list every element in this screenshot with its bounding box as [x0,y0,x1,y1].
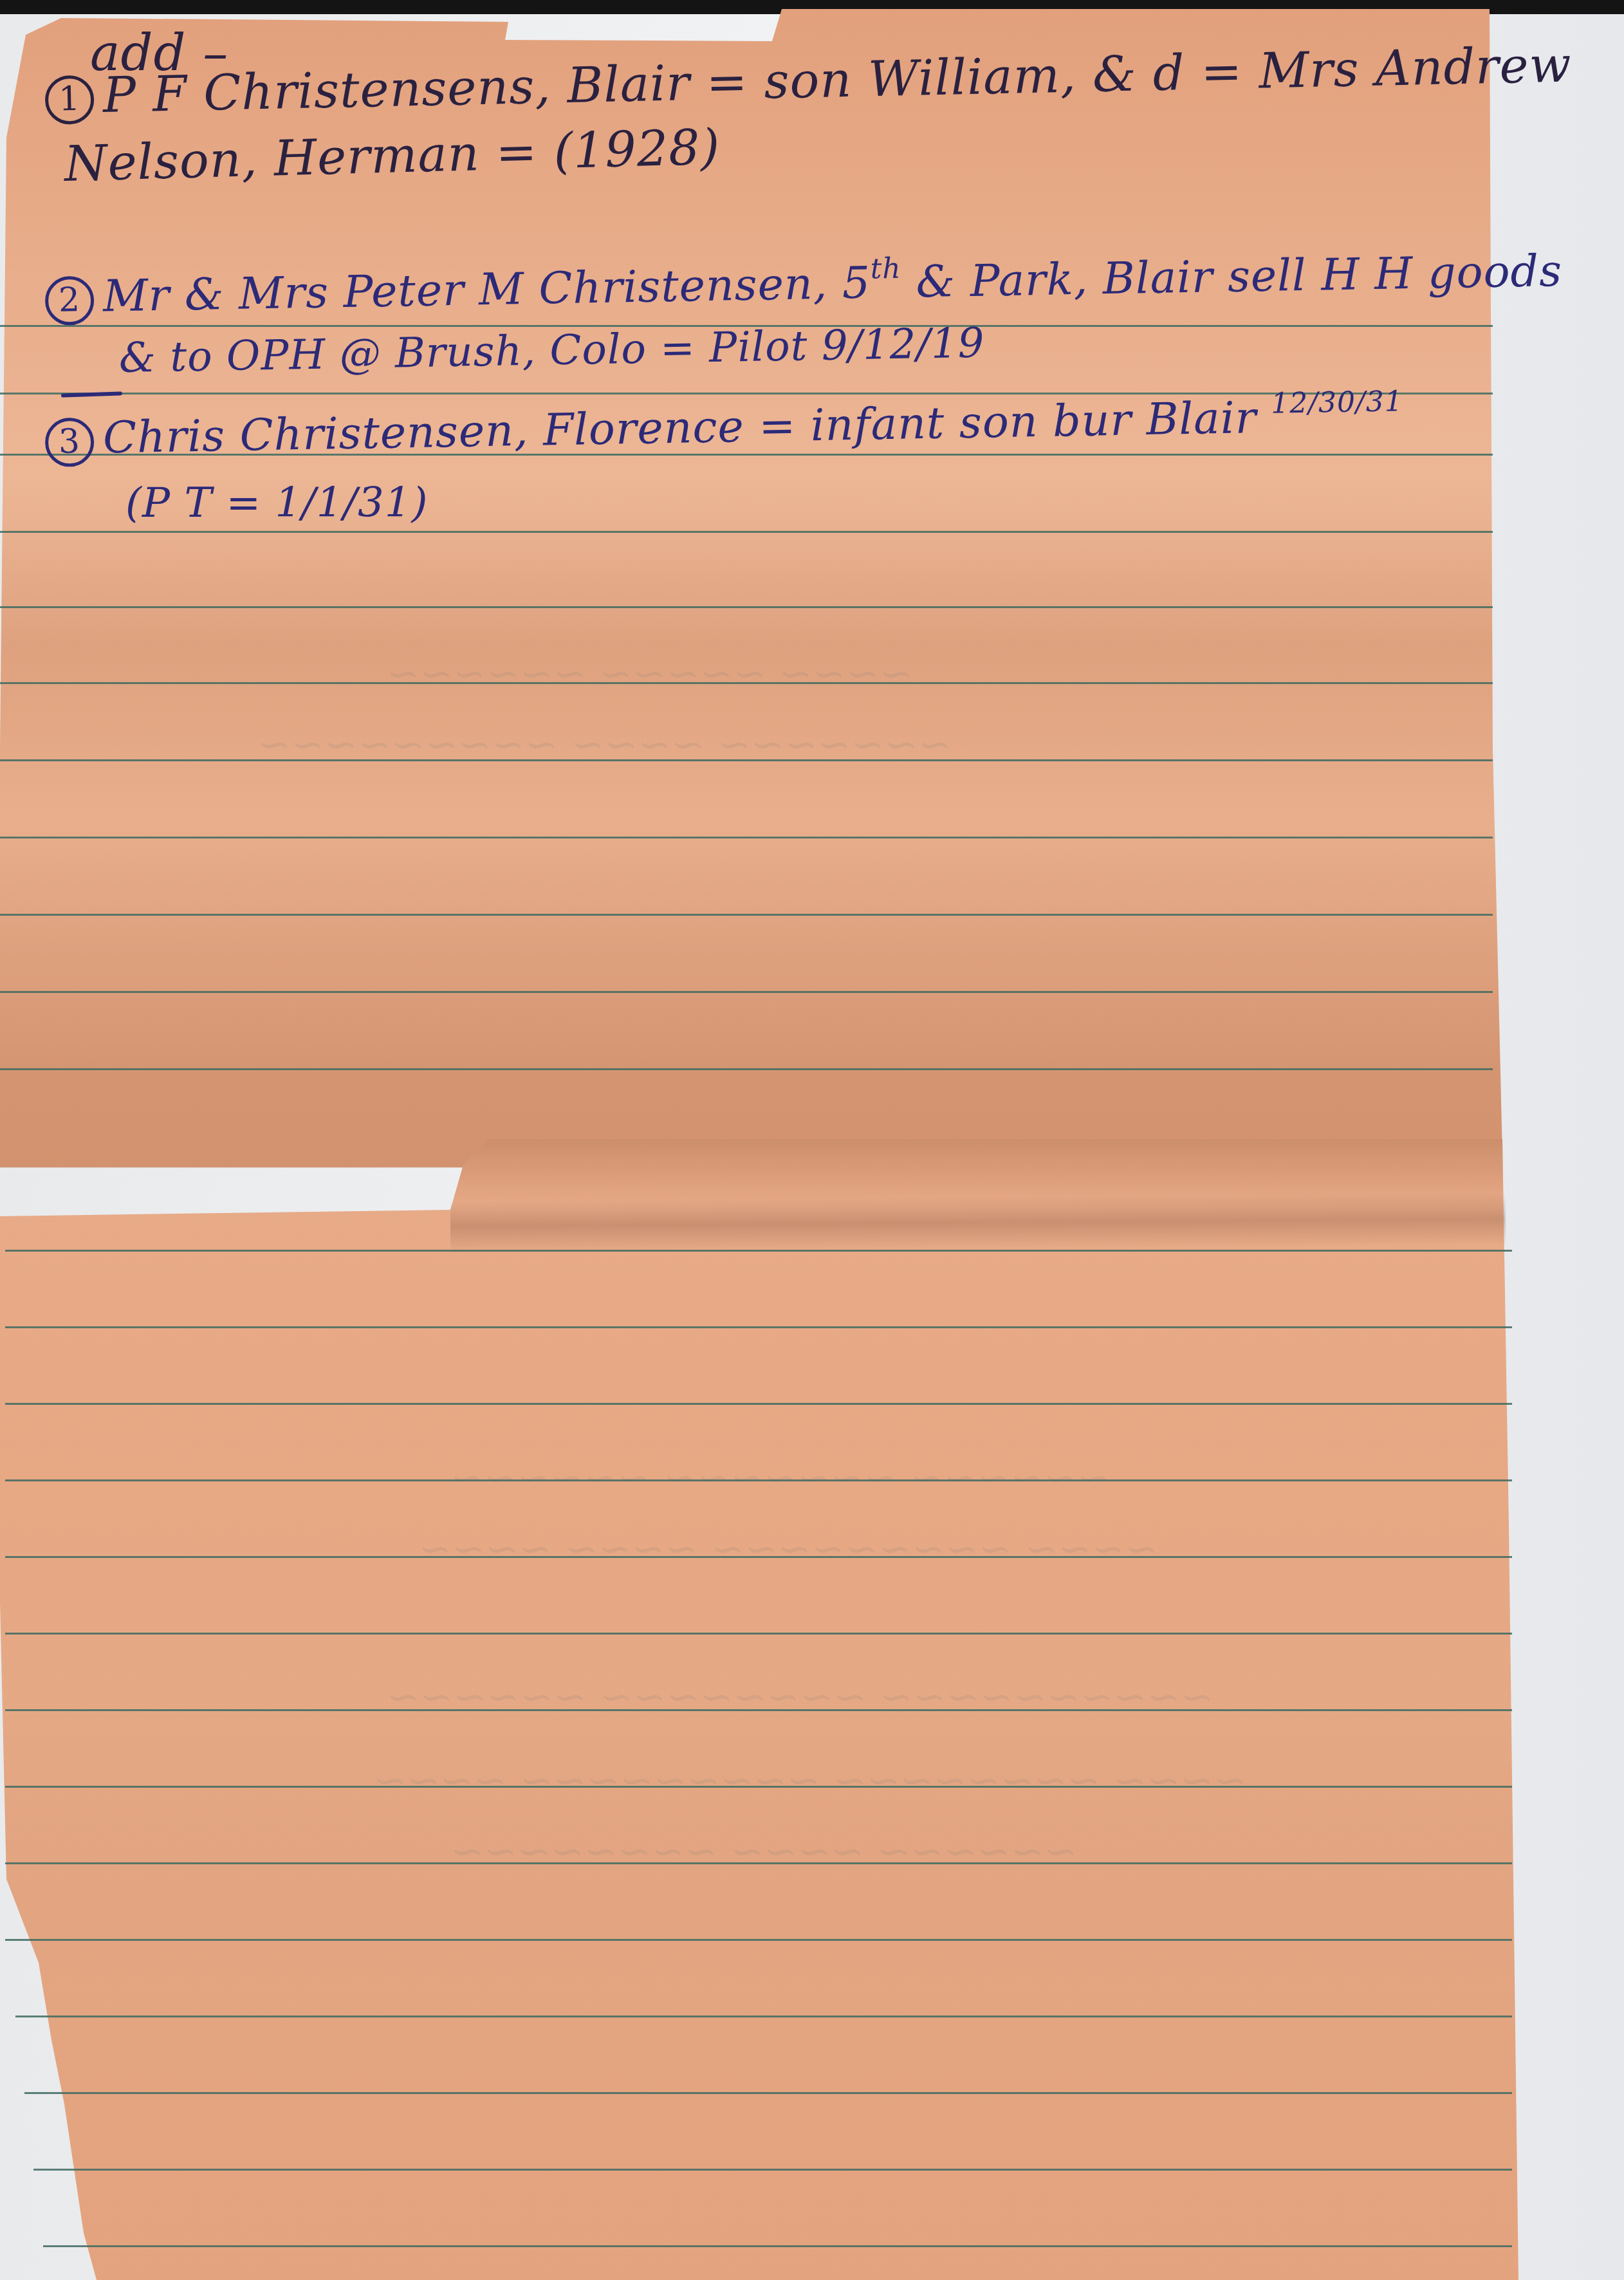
ruled-line [43,2245,1512,2247]
entry-number-3: 3 [44,417,94,467]
show-through-writing: ~~~~ ~~~~~~~~~ ~~~~ ~~~~ [418,1525,1158,1572]
ruled-line [0,914,1493,916]
ruled-line [5,1633,1512,1635]
entry-2-text-1b: & Park, Blair sell H H goods [901,246,1562,308]
ruled-line [0,606,1493,608]
ruled-line [5,1326,1512,1328]
show-through-writing: ~~~~~~ ~~~~ ~~~~~~~~ [450,1828,1078,1875]
ruled-line [5,1403,1512,1405]
ruled-line [33,2169,1512,2171]
entry-2-text-1a: Mr & Mrs Peter M Christensen, 5 [102,258,871,322]
show-through-writing: ~~~~ ~~~~~ ~~~~~~ [386,650,913,697]
ruled-line [24,2092,1512,2094]
entry-number-1: 1 [44,75,95,125]
show-through-writing: ~~~~~~ ~~~~~~~ ~~~~~~ [450,1454,1111,1501]
ruled-line [0,531,1493,533]
fold-shadow [450,1193,1506,1252]
ruled-line [0,837,1493,839]
ruled-line [5,1939,1512,1941]
entry-2-superscript: th [870,252,901,286]
show-through-writing: ~~~~~~~~~~ ~~~~~~~~ ~~~~~~ [386,1673,1213,1720]
entry-number-2: 2 [44,275,94,325]
entry-3-date: 12/30/31 [1271,385,1403,420]
ruled-line [5,1250,1512,1252]
show-through-writing: ~~~~ ~~~~~~~~ ~~~~~~~~~ ~~~~ [373,1757,1247,1804]
entry-3-line-2: (P T = 1/1/31) [125,479,428,527]
ruled-line [15,2016,1512,2017]
ruled-line [0,991,1493,993]
show-through-writing: ~~~~~~~ ~~~~ ~~~~~~~~~ [257,721,951,768]
ruled-line [0,1068,1493,1070]
